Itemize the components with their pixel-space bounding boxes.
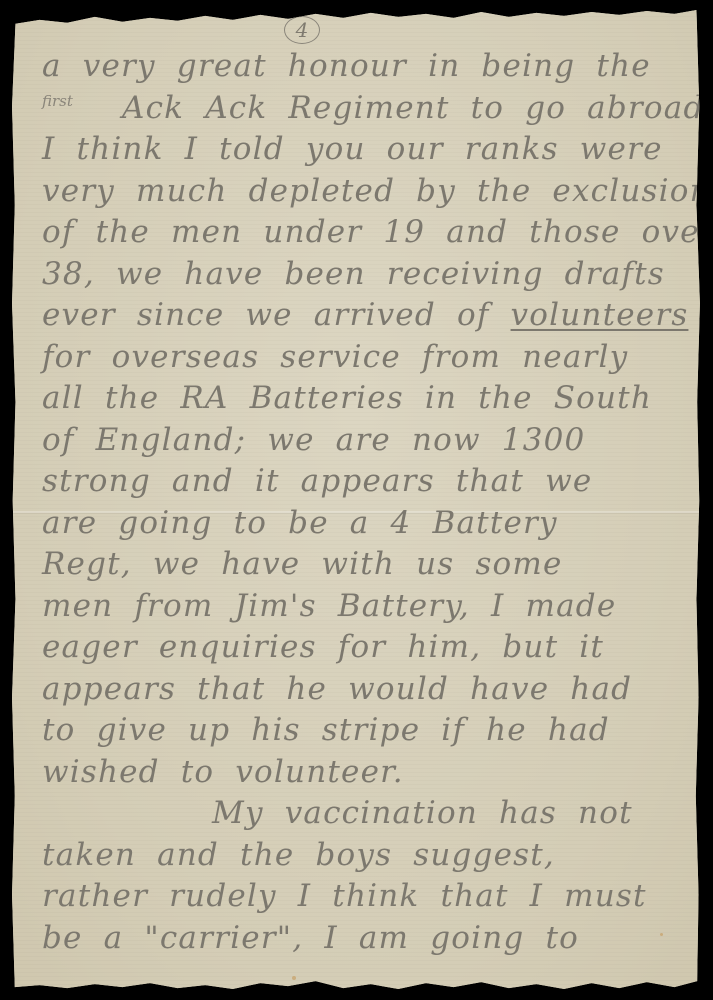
underlined-word: volunteers [511, 297, 689, 333]
handwritten-line: I think I told you our ranks were [42, 129, 692, 171]
handwritten-line: for overseas service from nearly [42, 337, 692, 379]
handwritten-line: taken and the boys suggest, [42, 835, 692, 877]
letter-page: 4 a very great honour in being the first… [12, 8, 702, 993]
handwritten-line: of the men under 19 and those over [42, 212, 692, 254]
handwritten-line-paragraph-start: My vaccination has not [42, 793, 692, 835]
handwritten-line: strong and it appears that we [42, 461, 692, 503]
line-text: Ack Ack Regiment to go abroad, [122, 90, 713, 126]
handwritten-line: very much depleted by the exclusion [42, 171, 692, 213]
handwritten-line: are going to be a 4 Battery [42, 503, 692, 545]
handwritten-line: 38, we have been receiving drafts [42, 254, 692, 296]
handwritten-line: all the RA Batteries in the South [42, 378, 692, 420]
inserted-word: first [42, 94, 73, 109]
handwritten-line: a very great honour in being the [42, 46, 692, 88]
handwritten-line: wished to volunteer. [42, 752, 692, 794]
page-number: 4 [284, 16, 320, 44]
handwritten-line: Regt, we have with us some [42, 544, 692, 586]
handwritten-line: be a "carrier", I am going to [42, 918, 692, 960]
handwritten-line: eager enquiries for him, but it [42, 627, 692, 669]
line-text: ever since we arrived of [42, 297, 511, 333]
paper-stain [292, 976, 296, 980]
handwritten-line: of England; we are now 1300 [42, 420, 692, 462]
handwritten-body: a very great honour in being the first A… [42, 46, 692, 959]
handwritten-line: first Ack Ack Regiment to go abroad, [42, 88, 692, 130]
handwritten-line: ever since we arrived of volunteers [42, 295, 692, 337]
handwritten-line: to give up his stripe if he had [42, 710, 692, 752]
handwritten-line: men from Jim's Battery, I made [42, 586, 692, 628]
handwritten-line: rather rudely I think that I must [42, 876, 692, 918]
handwritten-line: appears that he would have had [42, 669, 692, 711]
